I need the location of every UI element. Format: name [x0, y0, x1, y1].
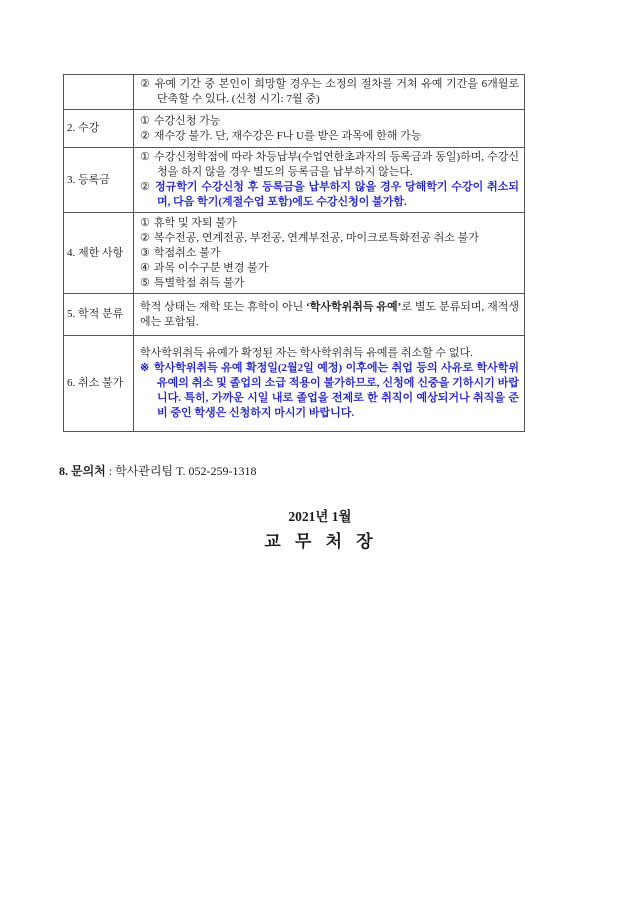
contact-separator: : — [106, 464, 115, 478]
item-marker: ⑤ — [140, 277, 150, 289]
contact-label: 8. 문의처 — [59, 464, 106, 478]
item-marker: ② — [140, 181, 151, 193]
list-item: ②복수전공, 연계전공, 부전공, 연계부전공, 마이크로특화전공 취소 불가 — [140, 231, 519, 246]
contact-line: 8. 문의처 : 학사관리팀 T. 052-259-1318 — [59, 462, 257, 479]
item-marker: ① — [140, 217, 150, 229]
segment-normal: 학적 상태는 재학 또는 휴학이 아닌 — [140, 301, 306, 313]
list-item: ②유예 기간 중 본인이 희망할 경우는 소정의 절차를 거쳐 유예 기간을 6… — [140, 77, 519, 107]
item-text: 휴학 및 자퇴 불가 — [154, 217, 237, 229]
row-label: 6. 취소 불가 — [64, 336, 134, 432]
reference-mark: ※ — [140, 362, 150, 374]
item-text: 과목 이수구분 변경 불가 — [154, 262, 269, 274]
row-content: ②유예 기간 중 본인이 희망할 경우는 소정의 절차를 거쳐 유예 기간을 6… — [134, 75, 525, 110]
table-row-no-cancel: 6. 취소 불가 학사학위취득 유예가 확정된 자는 학사학위취득 유예를 취소… — [64, 336, 525, 432]
cancel-warning-notice: ※학사학위취득 유예 확정일(2월2일 예정) 이후에는 취업 등의 사유로 학… — [140, 361, 519, 421]
row-label: 4. 제한 사항 — [64, 213, 134, 294]
list-item: ③학점취소 불가 — [140, 246, 519, 261]
table-row-classification: 5. 학적 분류 학적 상태는 재학 또는 휴학이 아닌 ‘학사학위취득 유예’… — [64, 294, 525, 336]
row-content: 학적 상태는 재학 또는 휴학이 아닌 ‘학사학위취득 유예’로 별도 분류되며… — [134, 294, 525, 336]
item-marker: ④ — [140, 262, 150, 274]
list-item: ①수강신청 가능 — [140, 114, 519, 129]
list-item-highlight: ②정규학기 수강신청 후 등록금을 납부하지 않을 경우 당해학기 수강이 취소… — [140, 180, 519, 210]
list-item: ①휴학 및 자퇴 불가 — [140, 216, 519, 231]
row-content: ①휴학 및 자퇴 불가 ②복수전공, 연계전공, 부전공, 연계부전공, 마이크… — [134, 213, 525, 294]
row-label: 2. 수강 — [64, 110, 134, 148]
issue-date: 2021년 1월 — [0, 505, 640, 525]
list-item: ①수강신청학점에 따라 차등납부(수업연한초과자의 등록금과 동일)하며, 수강… — [140, 150, 519, 180]
degree-deferment-table: ②유예 기간 중 본인이 희망할 경우는 소정의 절차를 거쳐 유예 기간을 6… — [63, 74, 525, 432]
item-marker: ① — [140, 151, 150, 163]
item-text: 복수전공, 연계전공, 부전공, 연계부전공, 마이크로특화전공 취소 불가 — [154, 232, 479, 244]
item-marker: ② — [140, 232, 150, 244]
list-item: ⑤특별학점 취득 불가 — [140, 276, 519, 291]
row-content: ①수강신청 가능 ②재수강 불가. 단, 재수강은 F나 U를 받은 과목에 한… — [134, 110, 525, 148]
row-label: 3. 등록금 — [64, 148, 134, 213]
item-text: 유예 기간 중 본인이 희망할 경우는 소정의 절차를 거쳐 유예 기간을 6개… — [155, 78, 519, 105]
document-page: ②유예 기간 중 본인이 희망할 경우는 소정의 절차를 거쳐 유예 기간을 6… — [0, 0, 640, 904]
cancel-intro-text: 학사학위취득 유예가 확정된 자는 학사학위취득 유예를 취소할 수 없다. — [140, 346, 519, 361]
list-item: ④과목 이수구분 변경 불가 — [140, 261, 519, 276]
item-text: 학점취소 불가 — [154, 247, 221, 259]
item-text: 수강신청학점에 따라 차등납부(수업연한초과자의 등록금과 동일)하며, 수강신… — [154, 151, 519, 178]
table-row-tuition: 3. 등록금 ①수강신청학점에 따라 차등납부(수업연한초과자의 등록금과 동일… — [64, 148, 525, 213]
item-marker: ③ — [140, 247, 150, 259]
row-label: 5. 학적 분류 — [64, 294, 134, 336]
list-item: ②재수강 불가. 단, 재수강은 F나 U를 받은 과목에 한해 가능 — [140, 129, 519, 144]
table-row-sugang: 2. 수강 ①수강신청 가능 ②재수강 불가. 단, 재수강은 F나 U를 받은… — [64, 110, 525, 148]
item-text: 특별학점 취득 불가 — [154, 277, 245, 289]
item-text: 재수강 불가. 단, 재수강은 F나 U를 받은 과목에 한해 가능 — [154, 130, 421, 142]
item-text-blue: 정규학기 수강신청 후 등록금을 납부하지 않을 경우 당해학기 수강이 취소되… — [155, 181, 519, 208]
notice-text: 학사학위취득 유예 확정일(2월2일 예정) 이후에는 취업 등의 사유로 학사… — [154, 362, 519, 419]
table-row-restrictions: 4. 제한 사항 ①휴학 및 자퇴 불가 ②복수전공, 연계전공, 부전공, 연… — [64, 213, 525, 294]
contact-value: 학사관리팀 T. 052-259-1318 — [115, 464, 256, 478]
item-marker: ② — [140, 130, 150, 142]
classification-text: 학적 상태는 재학 또는 휴학이 아닌 ‘학사학위취득 유예’로 별도 분류되며… — [140, 300, 519, 330]
row-content: 학사학위취득 유예가 확정된 자는 학사학위취득 유예를 취소할 수 없다. ※… — [134, 336, 525, 432]
item-marker: ② — [140, 78, 151, 90]
row-content: ①수강신청학점에 따라 차등납부(수업연한초과자의 등록금과 동일)하며, 수강… — [134, 148, 525, 213]
row-label-empty — [64, 75, 134, 110]
segment-bold: ‘학사학위취득 유예’ — [306, 301, 401, 313]
signature-title: 교 무 처 장 — [0, 527, 640, 552]
table-row-continuation: ②유예 기간 중 본인이 희망할 경우는 소정의 절차를 거쳐 유예 기간을 6… — [64, 75, 525, 110]
item-marker: ① — [140, 115, 150, 127]
item-text: 수강신청 가능 — [154, 115, 221, 127]
